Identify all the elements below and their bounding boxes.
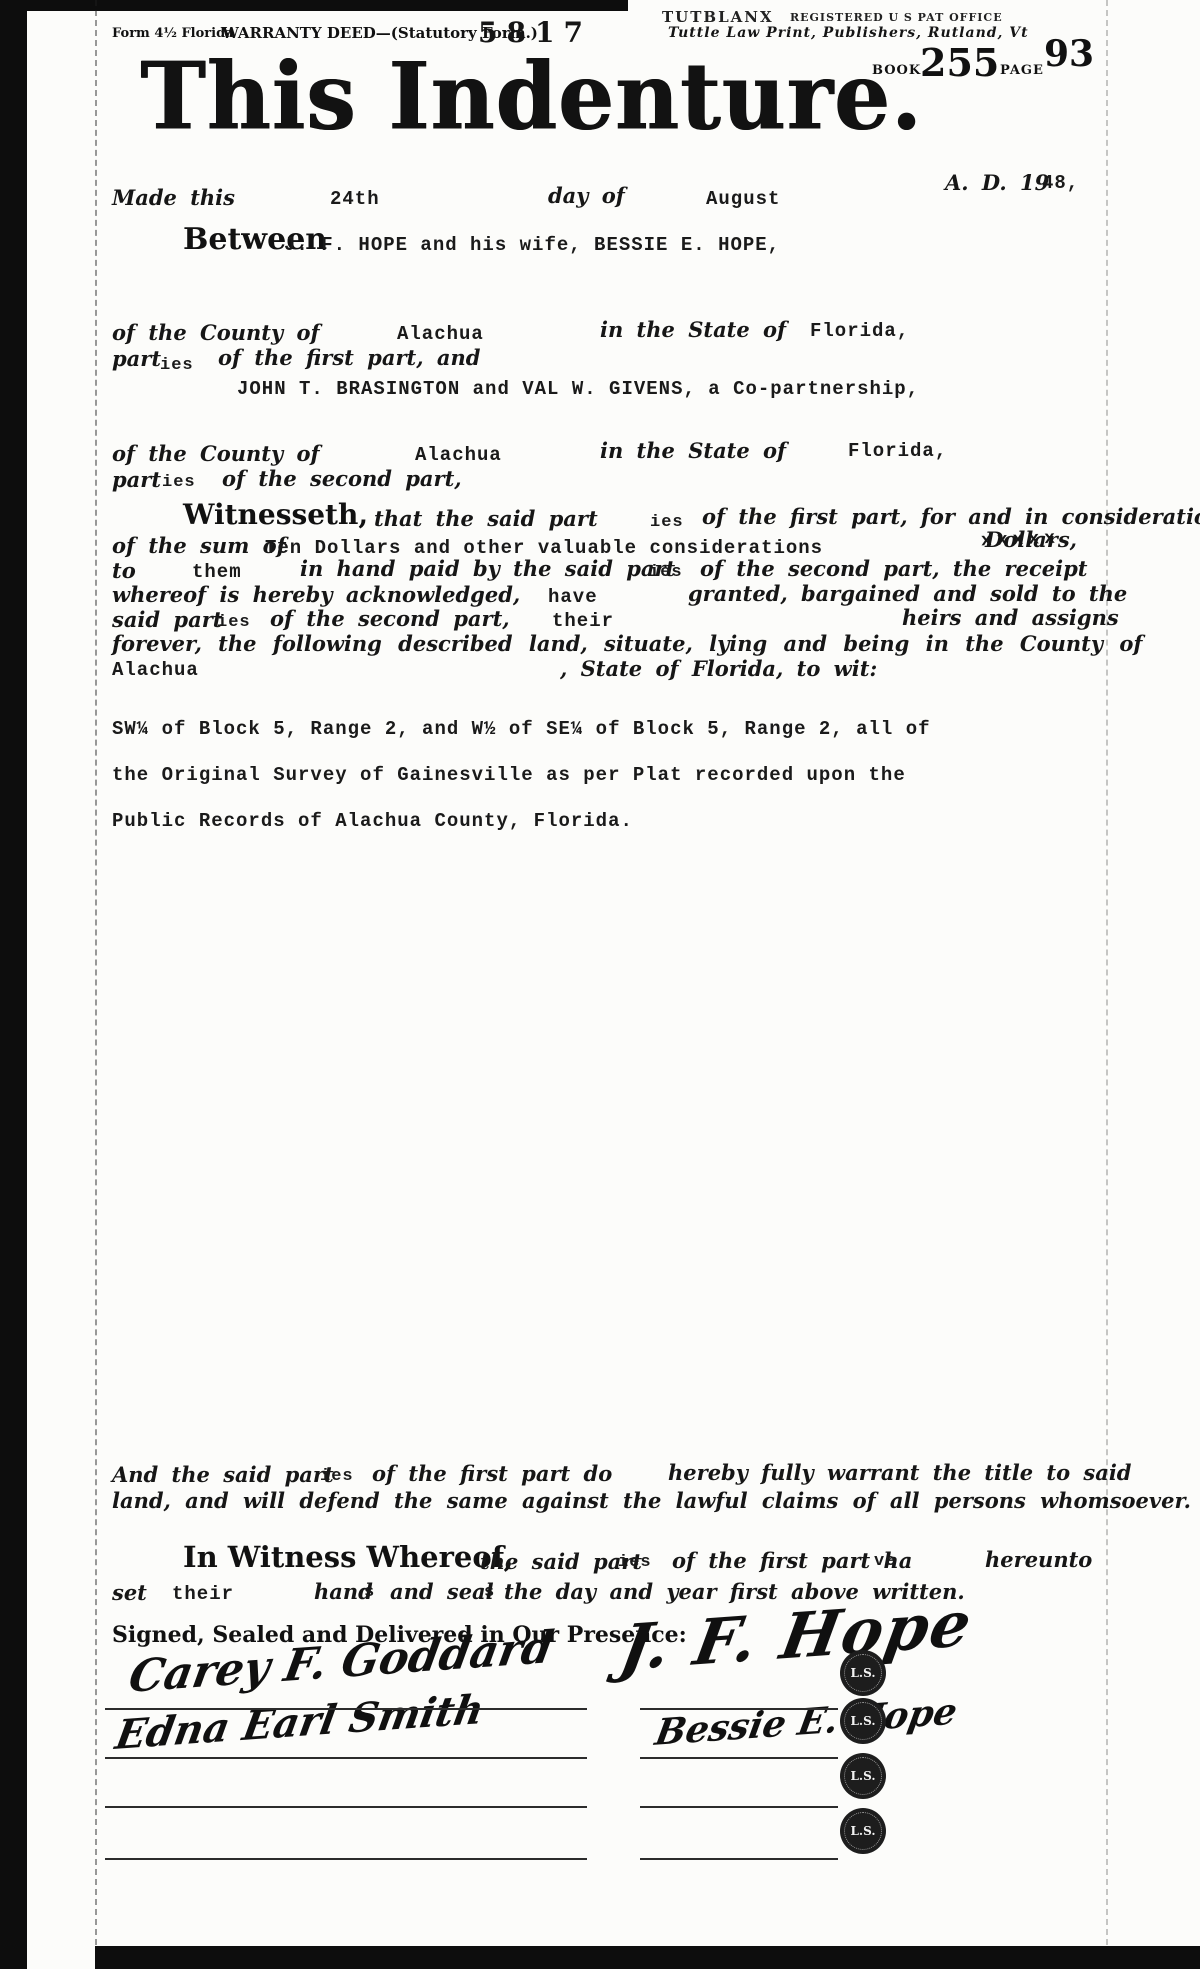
have-typed: have [548,586,598,608]
party-signature-line-4 [640,1858,838,1860]
in-witness-whereof-heading: In Witness Whereof, [183,1540,514,1574]
year-value: 48, [1042,172,1079,194]
scan-edge-left [0,0,27,1969]
warranty-line1-b: of the first part do [372,1461,612,1486]
day-value: 24th [330,188,380,210]
deed-document-page: Form 4½ Florida WARRANTY DEED—(Statutory… [0,0,1200,1969]
seal-text-2: L.S. [850,1714,875,1728]
witness-signature-line-2 [105,1757,587,1759]
party-signature-line-3 [640,1806,838,1808]
strike-overtype: xxxxx [981,529,1061,552]
witnesseth-line5-c: heirs and assigns [902,605,1119,630]
seal-text-1: L.S. [850,1666,875,1680]
ls-seal-icon-2: L.S. [840,1698,886,1744]
witnesseth-line3-plural: ies [649,563,683,582]
witnesseth-line1-a: that the said part [374,506,598,531]
and-seal-label: and seal [390,1579,494,1604]
hand-plural-typed: s [364,1583,375,1602]
part-plural-typed-2: ies [162,473,196,492]
part-label-2: part [112,467,161,492]
set-label: set [112,1580,147,1605]
grantees-names: JOHN T. BRASINGTON and VAL W. GIVENS, a … [237,378,919,400]
book-number: 255 [920,40,999,85]
testimonium-line1-plural: ies [618,1553,652,1572]
witnesseth-line3-a: to [112,558,136,583]
witnesseth-line6: forever, the following described land, s… [112,631,1142,656]
seal-text-4: L.S. [850,1824,875,1838]
witness-signature-line-4 [105,1858,587,1860]
printer-brand: TUTBLANX [662,8,774,26]
their-typed-2: their [172,1583,234,1605]
county-of-label: of the County of [112,320,320,345]
party-signature-line-2 [640,1757,838,1759]
warranty-line2: land, and will defend the same against t… [112,1488,1191,1513]
witnesseth-line4-a: whereof is hereby acknowledged, [112,582,520,607]
testimonium-line1-ve: ve [874,1552,896,1571]
witnesseth-line1-b: of the first part, for and in considerat… [702,504,1200,529]
page-label: PAGE [1000,63,1044,78]
witnesseth-line4-b: granted, bargained and sold to the [688,581,1127,606]
county-value-3: Alachua [112,659,199,681]
fold-line-left [95,0,97,1945]
state-value-2: Florida, [848,440,947,462]
part-plural-typed: ies [160,356,194,375]
witnesseth-line2-a: of the sum of [112,533,286,558]
witnesseth-line7-b: , State of Florida, to wit: [560,656,877,681]
witness-signature-line-1 [105,1708,587,1710]
grantors-names: J. F. HOPE and his wife, BESSIE E. HOPE, [284,234,780,256]
witnesseth-line3-c: of the second part, the receipt [700,556,1087,581]
warranty-line1-plural: ies [320,1467,354,1486]
dollars-struck: Dollars, xxxxx [985,527,1077,552]
seal-plural-typed: s [484,1583,495,1602]
ad-label: A. D. 19 [945,170,1049,195]
state-of-label: in the State of [600,317,786,342]
description-line-3: Public Records of Alachua County, Florid… [112,810,633,832]
party-signature-line-1 [640,1708,838,1710]
witnesseth-line1-plural: ies [650,513,684,532]
witnesseth-line5-plural: ies [217,613,251,632]
county-of-label-2: of the County of [112,441,320,466]
party-signature-2: Bessie E. Hope [652,1690,960,1754]
fold-line-right [1106,0,1108,1945]
description-line-1: SW¼ of Block 5, Range 2, and W½ of SE¼ o… [112,718,931,740]
ls-seal-icon-1: L.S. [840,1650,886,1696]
description-line-2: the Original Survey of Gainesville as pe… [112,764,906,786]
page-number: 93 [1044,33,1094,75]
seal-text-3: L.S. [850,1769,875,1783]
county-value-2: Alachua [415,444,502,466]
witness-signature-line-3 [105,1806,587,1808]
day-of-label: day of [548,183,625,208]
first-part-label: of the first part, and [218,345,480,370]
part-label: part [112,346,161,371]
printer-imprint: Tuttle Law Print, Publishers, Rutland, V… [668,25,1029,41]
form-number-label: Form 4½ Florida [112,26,234,41]
printer-registered: REGISTERED U S PAT OFFICE [790,11,1003,24]
deed-title: This Indenture. [140,50,890,142]
their-typed: their [552,610,614,632]
ls-seal-icon-3: L.S. [840,1753,886,1799]
warranty-line1-a: And the said part [112,1462,334,1487]
month-value: August [706,188,780,210]
state-of-label-2: in the State of [600,438,786,463]
witnesseth-line3-b: in hand paid by the said part [300,556,675,581]
scan-edge-bottom [95,1946,1200,1969]
witnesseth-line5-a: said part [112,607,222,632]
state-value: Florida, [810,320,909,342]
warranty-line1-c: hereby fully warrant the title to said [668,1460,1132,1485]
second-part-label: of the second part, [222,466,462,491]
them-typed: them [192,561,242,583]
witnesseth-line5-b: of the second part, [270,606,510,631]
witnesseth-heading: Witnesseth, [183,498,368,531]
made-this-label: Made this [112,185,235,210]
county-value: Alachua [397,323,484,345]
ls-seal-icon-4: L.S. [840,1808,886,1854]
testimonium-line1-c: hereunto [985,1547,1092,1572]
